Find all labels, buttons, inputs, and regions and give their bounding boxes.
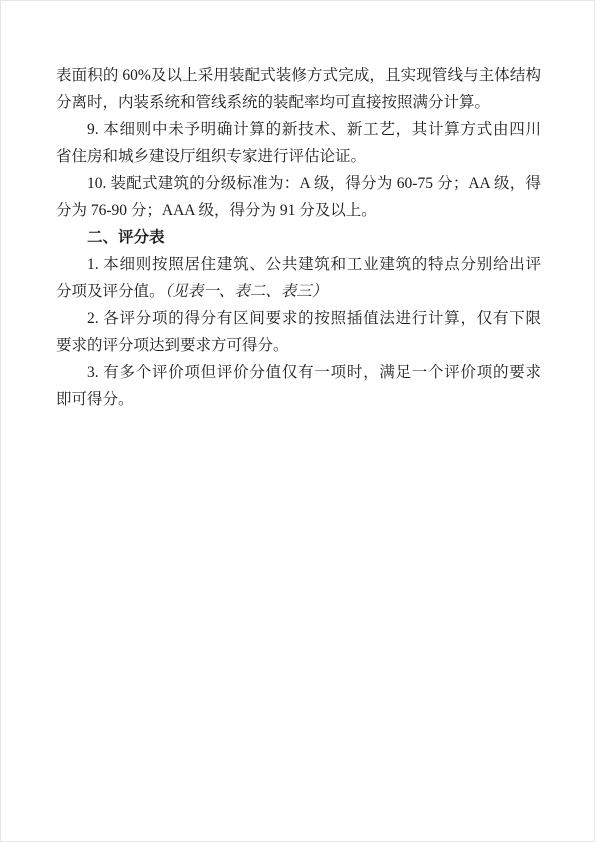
text-line: 3. 有多个评价项但评价分值仅有一项时，满足一个评价项的要求 (56, 359, 541, 386)
text-line: 2. 各评分项的得分有区间要求的按照插值法进行计算，仅有下限 (56, 305, 541, 332)
text-line: 表面积的 60%及以上采用装配式装修方式完成，且实现管线与主体结构 (56, 62, 541, 89)
text-line: 分离时，内装系统和管线系统的装配率均可直接按照满分计算。 (56, 89, 541, 116)
text-line: 省住房和城乡建设厅组织专家进行评估论证。 (56, 143, 541, 170)
document-page: 表面积的 60%及以上采用装配式装修方式完成，且实现管线与主体结构 分离时，内装… (0, 0, 595, 842)
text-line: 1. 本细则按照居住建筑、公共建筑和工业建筑的特点分别给出评 (56, 251, 541, 278)
text-line: 即可得分。 (56, 386, 541, 413)
table-reference-text: （见表一、表二、表三） (165, 283, 328, 300)
text-line: 9. 本细则中未予明确计算的新技术、新工艺，其计算方式由四川 (56, 116, 541, 143)
text-line: 要求的评分项达到要求方可得分。 (56, 332, 541, 359)
text-line: 分项及评分值。（见表一、表二、表三） (56, 278, 541, 305)
section-heading: 二、评分表 (56, 224, 541, 251)
text-segment: 分项及评分值。 (56, 283, 165, 300)
text-line: 分为 76-90 分；AAA 级，得分为 91 分及以上。 (56, 197, 541, 224)
document-content: 表面积的 60%及以上采用装配式装修方式完成，且实现管线与主体结构 分离时，内装… (56, 62, 541, 413)
text-line: 10. 装配式建筑的分级标准为：A 级，得分为 60-75 分；AA 级，得 (56, 170, 541, 197)
